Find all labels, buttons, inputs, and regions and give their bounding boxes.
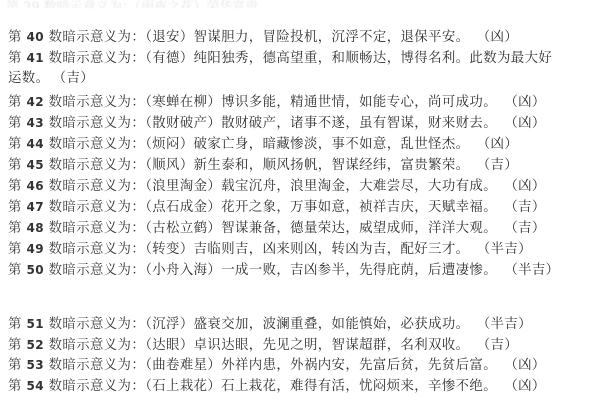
entry-prefix: 第 xyxy=(8,263,26,278)
entry-prefix-end: 数暗示意义为： xyxy=(44,30,145,45)
entry-name: （达眼） xyxy=(145,338,193,353)
entry-line-41: 第 41 数暗示意义为：（有德）纯阳独秀，德高望重，和顺畅达，博得名利。此数为最… xyxy=(8,49,566,68)
entry-prefix: 第 xyxy=(8,116,26,131)
entry-text: 散财破产，诸事不遂，虽有智谋，财来财去。 xyxy=(221,116,497,131)
entry-verdict: （凶） xyxy=(511,358,546,373)
entry-prefix: 第 xyxy=(8,358,26,373)
entry-prefix-end: 数暗示意义为： xyxy=(44,242,145,257)
entry-verdict: （凶） xyxy=(483,137,518,152)
entry-line-41-continuation: 运数。（吉） xyxy=(8,70,94,88)
entry-prefix: 第 xyxy=(8,137,26,152)
entry-text: 载宝沉舟，浪里淘金，大难尝尽，大功有成。 xyxy=(221,179,497,194)
entry-text: 吉临则吉，凶来则凶，转凶为吉，配好三才。 xyxy=(194,242,470,257)
entry-prefix-end: 数暗示意义为： xyxy=(44,51,145,66)
entry-verdict: （吉） xyxy=(59,71,94,86)
entry-prefix: 第 xyxy=(8,95,26,110)
entry-prefix-end: 数暗示意义为： xyxy=(44,221,145,236)
entry-line-47: 第 47 数暗示意义为：（点石成金）花开之象，万事如意，祯祥吉庆，天赋幸福。（吉… xyxy=(8,198,546,217)
entry-verdict: （凶） xyxy=(511,116,546,131)
entry-number: 48 xyxy=(26,221,44,235)
entry-prefix-end: 数暗示意义为： xyxy=(44,263,145,278)
entry-number: 47 xyxy=(26,200,44,214)
entry-name: （沉浮） xyxy=(145,317,193,332)
entry-line-42: 第 42 数暗示意义为：（寒蝉在柳）博识多能，精通世情，如能专心，尚可成功。（凶… xyxy=(8,93,546,112)
entry-name: （退安） xyxy=(145,30,193,45)
entry-text: 新生泰和，顺风扬帆，智谋经纬，富贵繁荣。 xyxy=(194,158,470,173)
entry-text: 破家亡身，暗藏惨淡，事不如意，乱世怪杰。 xyxy=(194,137,470,152)
entry-line-44: 第 44 数暗示意义为：（烦闷）破家亡身，暗藏惨淡，事不如意，乱世怪杰。（凶） xyxy=(8,135,518,154)
entry-prefix: 第 xyxy=(8,242,26,257)
entry-text: 智谋兼备，德量荣达，威望成师，洋洋大观。 xyxy=(221,221,497,236)
entry-text: 一成一败，吉凶参半，先得庇荫，后遭凄惨。 xyxy=(221,263,497,278)
entry-name: （石上栽花） xyxy=(145,379,221,394)
entry-line-43: 第 43 数暗示意义为：（散财破产）散财破产，诸事不遂，虽有智谋，财来财去。（凶… xyxy=(8,114,546,133)
entry-number: 50 xyxy=(26,263,44,277)
entry-verdict: （凶） xyxy=(483,30,518,45)
entry-line-53: 第 53 数暗示意义为：（曲卷难星）外祥内患，外祸内安，先富后贫，先贫后富。（凶… xyxy=(8,356,546,375)
entry-text: 花开之象，万事如意，祯祥吉庆，天赋幸福。 xyxy=(221,200,497,215)
entry-verdict: （吉） xyxy=(511,221,546,236)
entry-name: （点石成金） xyxy=(145,200,221,215)
entry-text: 博识多能，精通世情，如能专心，尚可成功。 xyxy=(221,95,497,110)
continuation-text: 运数。 xyxy=(8,71,49,86)
entry-text: 智谋胆力，冒险投机，沉浮不定，退保平安。 xyxy=(194,30,470,45)
entry-verdict: （凶） xyxy=(511,179,546,194)
entry-prefix-end: 数暗示意义为： xyxy=(44,317,145,332)
entry-prefix: 第 xyxy=(8,179,26,194)
entry-number: 53 xyxy=(26,358,44,372)
entry-name: （顺风） xyxy=(145,158,193,173)
entry-prefix: 第 xyxy=(8,221,26,236)
entry-line-45: 第 45 数暗示意义为：（顺风）新生泰和，顺风扬帆，智谋经纬，富贵繁荣。（吉） xyxy=(8,156,518,175)
entry-prefix: 第 xyxy=(8,379,26,394)
faded-header-line: 第 39 数暗示意义为：（雨夜之花）荣华富贵 …… xyxy=(6,0,596,8)
entry-text: 纯阳独秀，德高望重，和顺畅达，博得名利。此数为最大好 xyxy=(194,51,553,66)
entry-number: 43 xyxy=(26,116,44,130)
entry-number: 49 xyxy=(26,242,44,256)
entry-prefix-end: 数暗示意义为： xyxy=(44,179,145,194)
entry-prefix: 第 xyxy=(8,51,26,66)
entry-prefix: 第 xyxy=(8,200,26,215)
entry-name: （寒蝉在柳） xyxy=(145,95,221,110)
entry-prefix-end: 数暗示意义为： xyxy=(44,338,145,353)
entry-name: （有德） xyxy=(145,51,193,66)
entry-line-51: 第 51 数暗示意义为：（沉浮）盛衰交加，波澜重叠，如能慎始，必获成功。（半吉） xyxy=(8,315,532,334)
entry-verdict: （吉） xyxy=(511,200,546,215)
entry-number: 40 xyxy=(26,30,44,44)
entry-name: （古松立鹤） xyxy=(145,221,221,236)
entry-name: （小舟入海） xyxy=(145,263,221,278)
entry-name: （烦闷） xyxy=(145,137,193,152)
entry-number: 52 xyxy=(26,338,44,352)
entry-verdict: （半吉） xyxy=(483,242,531,257)
entry-line-50: 第 50 数暗示意义为：（小舟入海）一成一败，吉凶参半，先得庇荫，后遭凄惨。（半… xyxy=(8,261,559,280)
entry-text: 卓识达眼，先见之明，智谋超群，名利双收。 xyxy=(194,338,470,353)
entry-prefix-end: 数暗示意义为： xyxy=(44,358,145,373)
entry-number: 54 xyxy=(26,379,44,393)
entry-verdict: （吉） xyxy=(483,158,518,173)
entry-text: 外祥内患，外祸内安，先富后贫，先贫后富。 xyxy=(221,358,497,373)
entry-text: 石上栽花，难得有活，忧闷烦来，辛惨不绝。 xyxy=(221,379,497,394)
entry-number: 46 xyxy=(26,179,44,193)
entry-prefix-end: 数暗示意义为： xyxy=(44,158,145,173)
entry-line-54: 第 54 数暗示意义为：（石上栽花）石上栽花，难得有活，忧闷烦来，辛惨不绝。（凶… xyxy=(8,377,546,396)
entry-verdict: （半吉） xyxy=(511,263,559,278)
entry-number: 51 xyxy=(26,317,44,331)
entry-name: （浪里淘金） xyxy=(145,179,221,194)
entry-line-48: 第 48 数暗示意义为：（古松立鹤）智谋兼备，德量荣达，威望成师，洋洋大观。（吉… xyxy=(8,219,546,238)
entry-verdict: （半吉） xyxy=(483,317,531,332)
entry-number: 45 xyxy=(26,158,44,172)
entry-name: （散财破产） xyxy=(145,116,221,131)
entry-prefix-end: 数暗示意义为： xyxy=(44,137,145,152)
entry-name: （曲卷难星） xyxy=(145,358,221,373)
entry-number: 41 xyxy=(26,51,44,65)
entry-prefix-end: 数暗示意义为： xyxy=(44,200,145,215)
entry-line-52: 第 52 数暗示意义为：（达眼）卓识达眼，先见之明，智谋超群，名利双收。（吉） xyxy=(8,336,518,355)
entry-prefix: 第 xyxy=(8,338,26,353)
entry-prefix: 第 xyxy=(8,30,26,45)
entry-prefix: 第 xyxy=(8,317,26,332)
entry-line-46: 第 46 数暗示意义为：（浪里淘金）载宝沉舟，浪里淘金，大难尝尽，大功有成。（凶… xyxy=(8,177,546,196)
entry-prefix-end: 数暗示意义为： xyxy=(44,116,145,131)
entry-name: （转变） xyxy=(145,242,193,257)
entry-prefix-end: 数暗示意义为： xyxy=(44,95,145,110)
entry-number: 44 xyxy=(26,137,44,151)
entry-line-40: 第 40 数暗示意义为：（退安）智谋胆力，冒险投机，沉浮不定，退保平安。（凶） xyxy=(8,28,518,47)
entry-number: 42 xyxy=(26,95,44,109)
entry-prefix-end: 数暗示意义为： xyxy=(44,379,145,394)
entry-prefix: 第 xyxy=(8,158,26,173)
entry-text: 盛衰交加，波澜重叠，如能慎始，必获成功。 xyxy=(194,317,470,332)
entry-verdict: （凶） xyxy=(511,379,546,394)
entry-verdict: （吉） xyxy=(483,338,518,353)
entry-verdict: （凶） xyxy=(511,95,546,110)
entry-line-49: 第 49 数暗示意义为：（转变）吉临则吉，凶来则凶，转凶为吉，配好三才。（半吉） xyxy=(8,240,532,259)
